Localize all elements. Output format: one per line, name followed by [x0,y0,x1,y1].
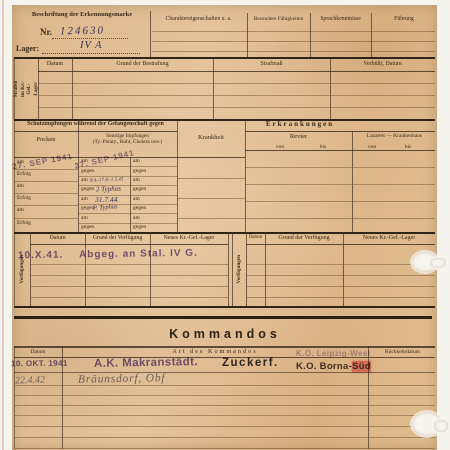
verfuegungen-col-datum: Datum [30,235,85,242]
impfungen-col-sonstige: Sonstige Impfungen (Ty.-Paraty., Ruhr, C… [78,133,177,145]
erkrankungen-lazarett-label: Lazarett — Krankenhaus [352,133,437,139]
lager-value-handwritten: IV A [80,41,103,52]
rule-line [14,57,435,59]
rule-line [245,119,246,232]
pocken-erfolg-label: Erfolg [17,171,47,177]
strafen-col-strafmass: Strafmaß [213,61,330,68]
rule-line [246,244,435,245]
impfung-gegen-handwritten: 2 Typhus [96,186,121,194]
verfuegungen-label-text: Verfügungen [236,255,243,284]
col-sprachkenntnisse: Sprachkenntnisse [312,16,369,23]
rule-line [72,58,73,119]
rule-line [246,275,435,276]
rule-line [330,58,331,119]
rule-line [246,286,435,287]
kommando-date-handwritten: 22.4.42 [15,375,45,386]
nr-label: Nr. [40,27,60,37]
rule-line [14,395,435,396]
rule-line [42,53,140,54]
verfuegungen-col-neues: Neues Kr.-Gef.-Lager [150,235,228,242]
kommando-place-handwritten: Bräunsdorf, Obf [78,373,166,386]
ko-borna-text: K.O. Borna- [296,361,352,372]
rule-line [14,193,78,194]
rule-line [30,286,228,287]
verfuegungen-col-datum: Datum [246,235,265,241]
pocken-erfolg-label: Erfolg [17,220,47,226]
rule-line [14,405,435,406]
ko-borna-sued-highlight: Süd [352,361,371,372]
strafen-side-label-text: Strafen im Kr.-Gef.-Lager [13,77,39,101]
marke-label: Beschriftung der Erkennungsmarke [14,11,150,18]
rule-line [52,38,128,39]
scan-edge-artifact [2,0,4,450]
rule-line [14,415,435,416]
rule-line [245,184,435,185]
rule-line [30,244,228,245]
strafen-side-label: Strafen im Kr.-Gef.-Lager [14,58,38,119]
verfuegungen-col-grund: Grund der Verfügung [265,235,343,242]
rule-line [152,51,435,52]
rule-line [14,306,435,308]
kommandos-col-rueckkehr: Rückkehrdatum [368,349,437,355]
col-fuehrung: Führung [373,16,435,23]
rule-line [14,448,435,449]
pocken-am-label: am [17,183,47,189]
sonstige-gegen-label: gegen [81,224,101,230]
rule-line [38,83,435,84]
rule-line [152,31,435,32]
rule-line [14,181,78,182]
rule-line [245,218,435,219]
transfer-stamp-date: 10.X.41. [18,250,63,262]
kommandos-col-datum: Datum [14,349,62,355]
pocken-am-label: am [17,207,47,213]
col-besondere-faehigkeiten: Besondere Fähigkeiten [249,16,308,22]
zuckerfabrik-typed-label: Zuckerf. [222,358,279,370]
rule-line [78,213,177,214]
rule-line [352,131,353,232]
sonstige-am-label: am [133,196,153,202]
paper-damage-hole [434,420,448,432]
rule-line [30,297,228,298]
nr-value-handwritten: 124630 [60,26,105,38]
verfuegungen-side-label-left: Verfügungen [14,232,30,306]
rule-line [30,264,228,265]
verfuegungen-col-neues: Neues Kr.-Gef.-Lager [343,235,435,242]
strafen-col-verbuesst: Verbüßt, Datum [330,61,435,68]
erkrankungen-revier-label: Revier [245,133,352,140]
strafen-col-grund: Grund der Bestrafung [72,61,213,68]
impfungen-title: Schutzimpfungen während der Gefangenscha… [14,121,177,128]
sonstige-gegen-label: gegen [133,205,153,211]
sonstige-gegen-label: gegen [81,168,101,174]
rule-line [177,198,245,199]
rule-line [245,150,435,151]
arbeitskommando-stamp: A.K. Makranstädt. [94,357,198,370]
col-charaktereigenschaften: Charaktereigenschaften u. a. [152,16,245,23]
impfungen-col-pocken: Pocken [14,136,78,143]
rule-line [14,437,435,438]
sonstige-gegen-label: gegen [133,224,153,230]
rule-line [14,131,177,132]
rule-line [245,131,435,132]
ko-borna-sued-stamp: K.O. Borna-Süd [296,362,371,372]
rule-line [14,426,435,427]
rule-line [14,218,78,219]
rule-line [38,95,435,96]
rule-line [245,201,435,202]
sonstige-am-label: am [133,215,153,221]
rule-line [246,297,435,298]
sonstige-am-label: am [133,158,153,164]
rule-line [14,232,435,234]
erkrankungen-title: Erkrankungen [245,120,355,128]
rule-line [14,316,432,319]
sonstige-am-label: am [81,215,101,221]
rule-line [177,178,245,179]
rule-line [150,11,151,58]
strafen-col-datum: Datum [38,61,72,68]
sonstige-gegen-label: gegen [133,168,153,174]
rule-line [30,275,228,276]
kommando-date-stamp: 10. OKT. 1941 [11,360,68,369]
rule-line [247,13,248,58]
rule-line [228,232,229,306]
rule-line [38,58,39,119]
rule-line [14,205,78,206]
kommandos-title: Kommandos [120,327,330,341]
rule-line [213,58,214,119]
rule-line [245,167,435,168]
paper-damage-hole [430,258,446,268]
sonstige-gegen-label: gegen [133,186,153,192]
pocken-erfolg-label: Erfolg [17,195,47,201]
rule-line [177,218,245,219]
impfungen-col-krankheit: Krankheit [177,134,245,141]
rule-line [310,13,311,58]
rule-line [152,41,435,42]
verfuegungen-col-grund: Grund der Verfügung [85,235,150,242]
rule-line [177,119,178,232]
lager-label: Lager: [16,44,48,53]
sonstige-am-label: am [133,177,153,183]
ko-leipzig-west-stamp: K.O. Leipzig-West [296,350,371,358]
transfer-stamp-text: Abgeg. an Stal. IV G. [79,248,198,261]
rule-line [371,13,372,58]
rule-line [38,71,435,72]
rule-line [38,107,435,108]
rule-line [246,264,435,265]
verfuegungen-side-label-right: Verfügungen [232,232,246,306]
